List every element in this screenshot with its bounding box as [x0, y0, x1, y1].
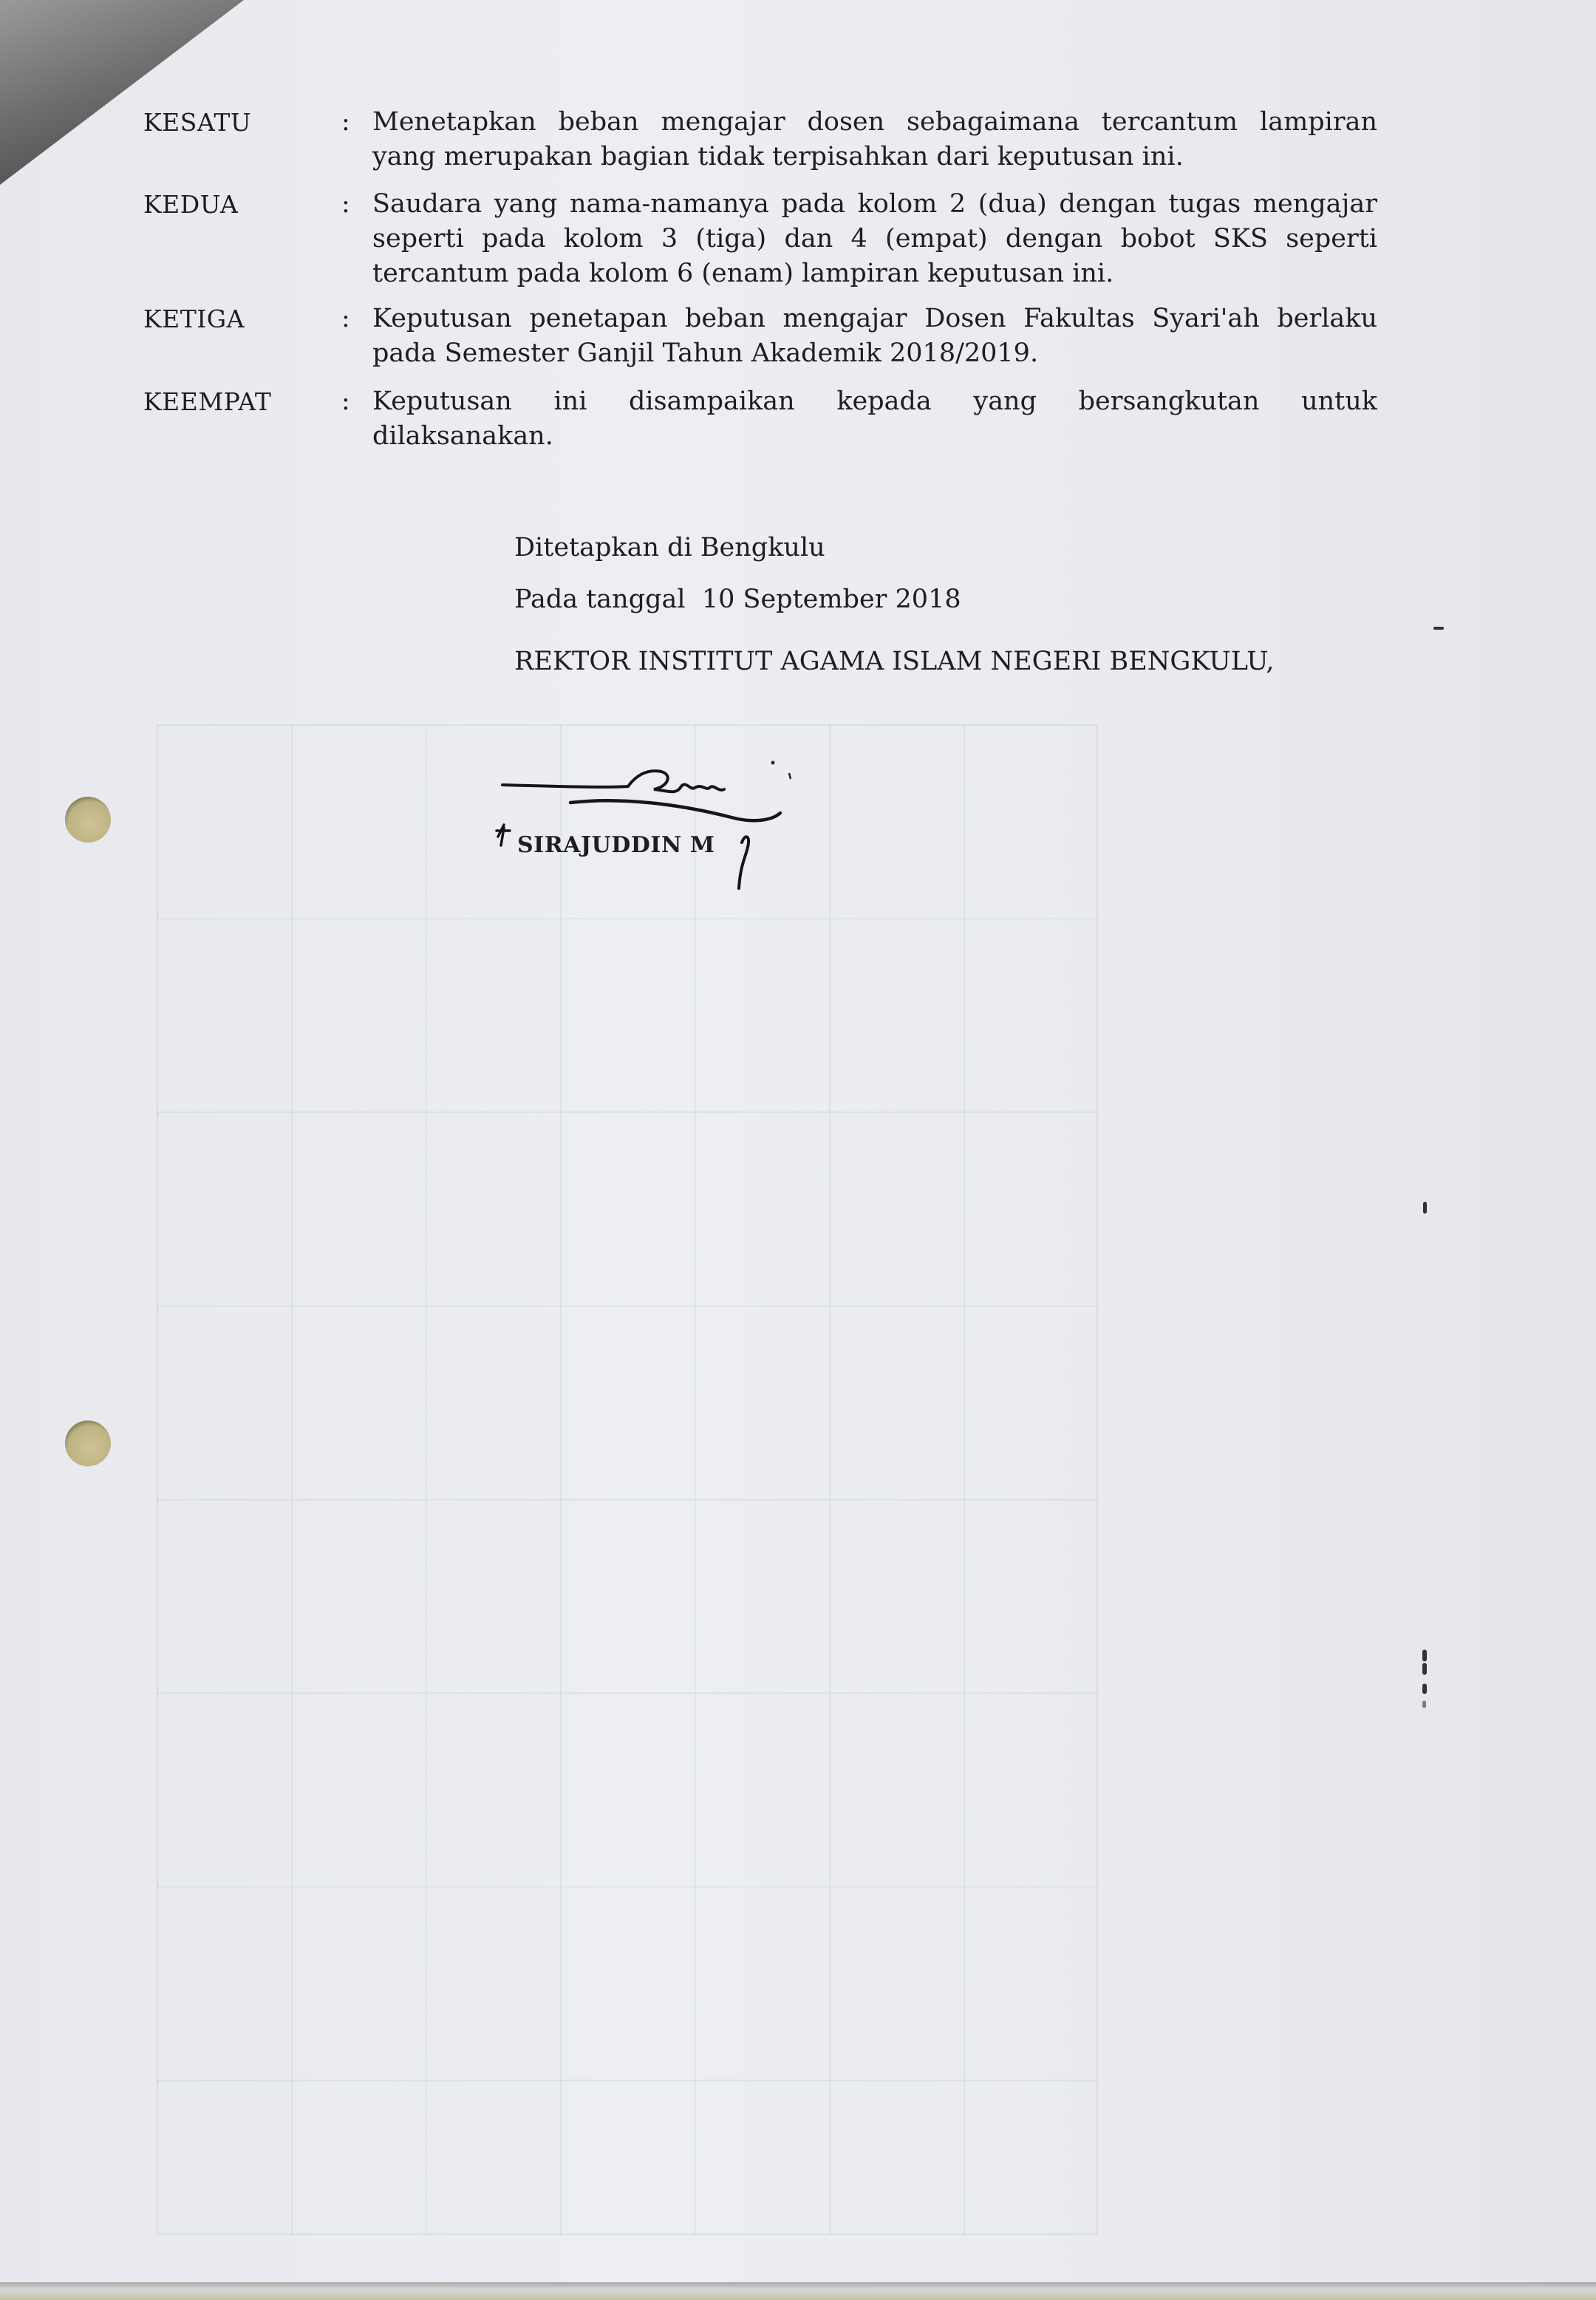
paper-bottom-edge: [0, 2282, 1596, 2300]
decree-ketiga: KETIGA : Keputusan penetapan beban menga…: [143, 302, 1377, 375]
decree-line: pada Semester Ganjil Tahun Akademik 2018…: [372, 336, 1377, 371]
punch-hole-upper: [65, 797, 111, 843]
decree-kesatu: KESATU : Menetapkan beban mengajar dosen…: [143, 105, 1377, 179]
scan-speck: [1423, 1202, 1427, 1214]
signer-name: SIRAJUDDIN M: [517, 832, 715, 858]
scan-speck: [1422, 1663, 1427, 1675]
decree-line: Saudara yang nama-namanya pada kolom 2 (…: [372, 187, 1377, 222]
decree-kedua: KEDUA : Saudara yang nama-namanya pada k…: [143, 187, 1377, 298]
decree-body: Saudara yang nama-namanya pada kolom 2 (…: [372, 187, 1377, 291]
decree-label: KEEMPAT: [143, 384, 335, 419]
decree-colon: :: [341, 187, 350, 222]
decree-line: Menetapkan beban mengajar dosen sebagaim…: [372, 105, 1377, 140]
issued-date: Pada tanggal 10 September 2018: [514, 582, 961, 617]
scan-speck: [1422, 1701, 1426, 1708]
decree-line: Keputusan penetapan beban mengajar Dosen…: [372, 302, 1377, 336]
handwritten-signature-icon: [488, 754, 798, 894]
decree-colon: :: [341, 384, 350, 419]
decree-colon: :: [341, 105, 350, 140]
decree-line: dilaksanakan.: [372, 419, 1377, 454]
decree-colon: :: [341, 302, 350, 336]
issued-place: Ditetapkan di Bengkulu: [514, 531, 825, 565]
decree-label: KETIGA: [143, 302, 335, 336]
scan-speck: [1422, 1684, 1427, 1694]
decree-label: KESATU: [143, 105, 335, 140]
decree-line: tercantum pada kolom 6 (enam) lampiran k…: [372, 256, 1377, 291]
decree-body: Menetapkan beban mengajar dosen sebagaim…: [372, 105, 1377, 174]
scan-speck: [1433, 627, 1444, 630]
scan-speck: [1422, 1650, 1427, 1661]
decree-body: Keputusan ini disampaikan kepada yang be…: [372, 384, 1377, 454]
punch-hole-lower: [65, 1421, 111, 1466]
decree-body: Keputusan penetapan beban mengajar Dosen…: [372, 302, 1377, 371]
signer-office: REKTOR INSTITUT AGAMA ISLAM NEGERI BENGK…: [514, 644, 1274, 679]
show-through-table: [157, 724, 1098, 2235]
decree-line: yang merupakan bagian tidak terpisahkan …: [372, 140, 1377, 174]
decree-label: KEDUA: [143, 187, 335, 222]
decree-line: Keputusan ini disampaikan kepada yang be…: [372, 384, 1377, 419]
decree-line: seperti pada kolom 3 (tiga) dan 4 (empat…: [372, 222, 1377, 256]
decree-keempat: KEEMPAT : Keputusan ini disampaikan kepa…: [143, 384, 1377, 458]
